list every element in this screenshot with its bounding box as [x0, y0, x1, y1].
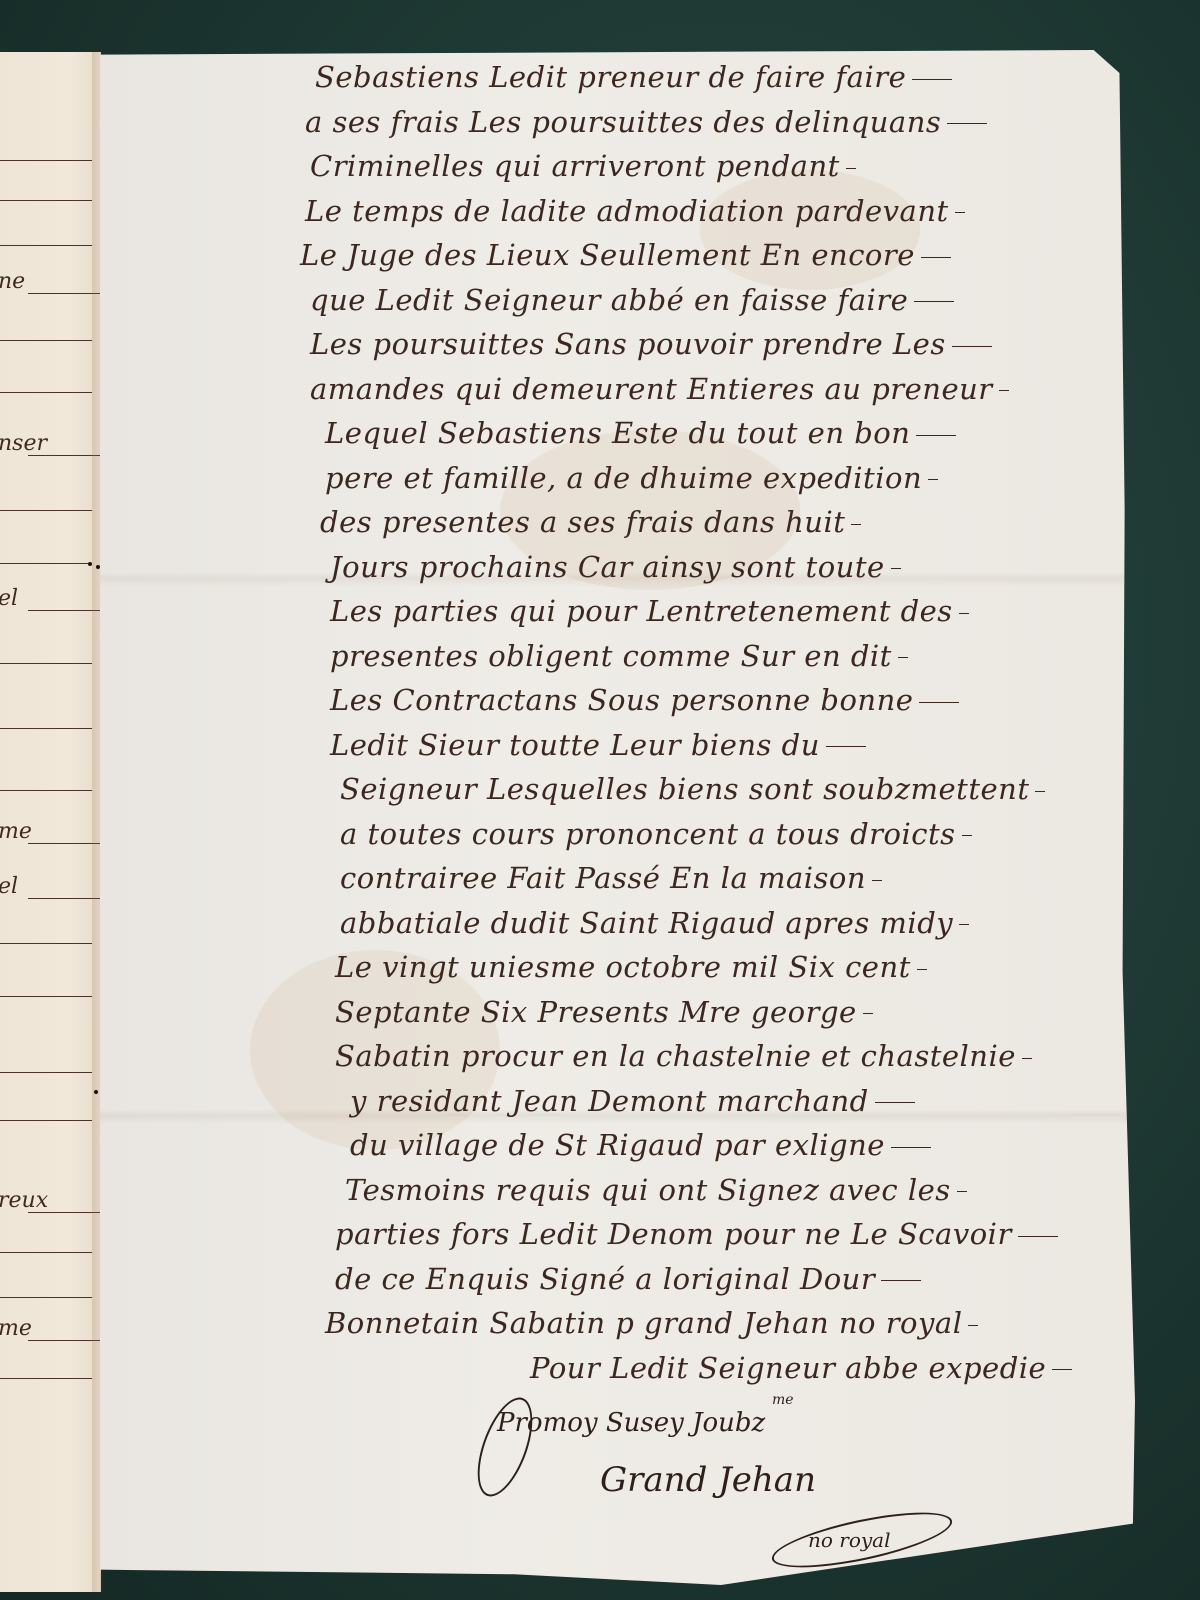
left-page-line — [0, 563, 92, 564]
line-filler-stroke — [957, 1191, 967, 1192]
left-page-line — [0, 996, 92, 997]
left-page-fragment-text: nser — [0, 431, 47, 456]
manuscript-line: Sebastiens Ledit preneur de faire faire — [315, 60, 952, 106]
line-filler-stroke — [1022, 1058, 1032, 1059]
manuscript-line: amandes qui demeurent Entieres au preneu… — [310, 372, 1009, 418]
line-filler-stroke — [891, 568, 901, 569]
manuscript-line-text: Criminelles qui arriveront pendant — [310, 149, 840, 183]
manuscript-line-text: Jours prochains Car ainsy sont toute — [330, 550, 885, 584]
left-page-fragment-text: me — [0, 819, 32, 844]
line-filler-stroke — [959, 613, 969, 614]
manuscript-line-text: presentes obligent comme Sur en dit — [330, 639, 892, 673]
left-page-line — [0, 392, 92, 393]
left-page-line — [0, 200, 92, 201]
manuscript-line-text: abbatiale dudit Saint Rigaud apres midy — [340, 906, 953, 940]
manuscript-line: des presentes a ses frais dans huit — [320, 505, 861, 551]
left-page-line — [0, 245, 92, 246]
left-page-line — [0, 340, 92, 341]
left-page-line — [0, 1297, 92, 1298]
line-filler-stroke — [875, 1102, 915, 1103]
manuscript-line-text: Les poursuittes Sans pouvoir prendre Les — [310, 327, 946, 361]
line-filler-stroke — [912, 79, 952, 80]
line-filler-stroke — [999, 390, 1009, 391]
left-page-fragment-text: el — [0, 586, 18, 611]
left-page-line — [28, 898, 100, 899]
line-filler-stroke — [914, 301, 954, 302]
line-filler-stroke — [947, 123, 987, 124]
left-page-line — [0, 663, 92, 664]
line-filler-stroke — [968, 1325, 978, 1326]
line-filler-stroke — [851, 524, 861, 525]
line-filler-stroke — [863, 1013, 873, 1014]
line-filler-stroke — [1018, 1236, 1058, 1237]
manuscript-line: Les poursuittes Sans pouvoir prendre Les — [310, 327, 992, 373]
manuscript-line: y residant Jean Demont marchand — [350, 1084, 915, 1130]
manuscript-line-text: Septante Six Presents Mre george — [335, 995, 857, 1029]
left-page-line — [28, 1340, 100, 1341]
manuscript-line: Septante Six Presents Mre george — [335, 995, 873, 1041]
line-filler-stroke — [846, 168, 856, 169]
manuscript-line-text: Pour Ledit Seigneur abbe expedie — [530, 1351, 1046, 1385]
manuscript-line-text: Les parties qui pour Lentretenement des — [330, 594, 953, 628]
manuscript-line: abbatiale dudit Saint Rigaud apres midy — [340, 906, 969, 952]
manuscript-line: presentes obligent comme Sur en dit — [330, 639, 908, 685]
manuscript-line-text: des presentes a ses frais dans huit — [320, 505, 845, 539]
left-page-fragment-text: ne — [0, 269, 25, 294]
left-page-line — [0, 160, 92, 161]
manuscript-line-text: amandes qui demeurent Entieres au preneu… — [310, 372, 993, 406]
line-filler-stroke — [891, 1147, 931, 1148]
manuscript-line: parties fors Ledit Denom pour ne Le Scav… — [335, 1217, 1058, 1263]
manuscript-line-text: pere et famille, a de dhuime expedition — [325, 461, 922, 495]
manuscript-line: Le Juge des Lieux Seullement En encore — [300, 238, 951, 284]
line-filler-stroke — [959, 924, 969, 925]
left-page-fragment: nenserelmeelreuxme — [0, 52, 101, 1592]
manuscript-line: que Ledit Seigneur abbé en faisse faire — [310, 283, 954, 329]
line-filler-stroke — [872, 880, 882, 881]
manuscript-line-text: a toutes cours prononcent a tous droicts — [340, 817, 956, 851]
manuscript-line-text: a ses frais Les poursuittes des delinqua… — [305, 105, 941, 139]
manuscript-line-text: de ce Enquis Signé a loriginal Dour — [335, 1262, 875, 1296]
line-filler-stroke — [826, 746, 866, 747]
manuscript-line-text: Tesmoins requis qui ont Signez avec les — [345, 1173, 951, 1207]
manuscript-line-text: Bonnetain Sabatin p grand Jehan no royal — [325, 1306, 962, 1340]
manuscript-line-text: Ledit Sieur toutte Leur biens du — [330, 728, 820, 762]
manuscript-line-text: Sebastiens Ledit preneur de faire faire — [315, 60, 906, 94]
manuscript-line: Le temps de ladite admodiation pardevant — [305, 194, 965, 240]
manuscript-line: de ce Enquis Signé a loriginal Dour — [335, 1262, 921, 1308]
left-page-line — [28, 843, 100, 844]
left-page-line — [0, 1252, 92, 1253]
manuscript-line: Bonnetain Sabatin p grand Jehan no royal — [325, 1306, 978, 1352]
left-page-line — [0, 1378, 92, 1379]
manuscript-line: du village de St Rigaud par exligne — [350, 1128, 931, 1174]
line-filler-stroke — [952, 346, 992, 347]
manuscript-line-text: Le Juge des Lieux Seullement En encore — [300, 238, 915, 272]
left-page-line — [28, 610, 100, 611]
manuscript-line: contrairee Fait Passé En la maison — [340, 861, 882, 907]
line-filler-stroke — [917, 969, 927, 970]
left-page-fragment-text: el — [0, 874, 18, 899]
line-filler-stroke — [928, 479, 938, 480]
manuscript-line: Lequel Sebastiens Este du tout en bon — [325, 416, 956, 462]
line-filler-stroke — [916, 435, 956, 436]
line-filler-stroke — [921, 257, 951, 258]
left-page-fragment-text: me — [0, 1316, 32, 1341]
left-page-line — [0, 1072, 92, 1073]
manuscript-line: Les Contractans Sous personne bonne — [330, 683, 959, 729]
manuscript-line-text: Le temps de ladite admodiation pardevant — [305, 194, 949, 228]
manuscript-line-text: que Ledit Seigneur abbé en faisse faire — [310, 283, 908, 317]
line-filler-stroke — [1035, 791, 1045, 792]
left-page-line — [0, 1120, 92, 1121]
manuscript-line: Ledit Sieur toutte Leur biens du — [330, 728, 866, 774]
left-page-line — [28, 293, 100, 294]
manuscript-line: Jours prochains Car ainsy sont toute — [330, 550, 901, 596]
manuscript-line-text: Seigneur Lesquelles biens sont soubzmett… — [340, 772, 1029, 806]
left-page-fragment-text: reux — [0, 1188, 48, 1213]
manuscript-line-text: contrairee Fait Passé En la maison — [340, 861, 866, 895]
manuscript-line: a ses frais Les poursuittes des delinqua… — [305, 105, 987, 151]
line-filler-stroke — [962, 835, 972, 836]
manuscript-line-text: Le vingt uniesme octobre mil Six cent — [335, 950, 911, 984]
line-filler-stroke — [898, 657, 908, 658]
manuscript-line: a toutes cours prononcent a tous droicts — [340, 817, 972, 863]
manuscript-line: Tesmoins requis qui ont Signez avec les — [345, 1173, 967, 1219]
manuscript-line-text: Sabatin procur en la chastelnie et chast… — [335, 1039, 1016, 1073]
manuscript-line-text: parties fors Ledit Denom pour ne Le Scav… — [335, 1217, 1012, 1251]
manuscript-line: Les parties qui pour Lentretenement des — [330, 594, 969, 640]
manuscript-line: Sabatin procur en la chastelnie et chast… — [335, 1039, 1032, 1085]
left-page-line — [0, 943, 92, 944]
line-filler-stroke — [881, 1280, 921, 1281]
manuscript-line-text: Lequel Sebastiens Este du tout en bon — [325, 416, 910, 450]
line-filler-stroke — [919, 702, 959, 703]
manuscript-line: Pour Ledit Seigneur abbe expedie — [530, 1351, 1072, 1397]
manuscript-line: pere et famille, a de dhuime expedition — [325, 461, 938, 507]
manuscript-line-text: Les Contractans Sous personne bonne — [330, 683, 913, 717]
manuscript-line: Seigneur Lesquelles biens sont soubzmett… — [340, 772, 1045, 818]
line-filler-stroke — [1052, 1369, 1072, 1370]
line-filler-stroke — [955, 212, 965, 213]
manuscript-line: Criminelles qui arriveront pendant — [310, 149, 856, 195]
manuscript-line-text: y residant Jean Demont marchand — [350, 1084, 869, 1118]
manuscript-line: Le vingt uniesme octobre mil Six cent — [335, 950, 927, 996]
left-page-line — [0, 510, 92, 511]
left-page-line — [0, 790, 92, 791]
left-page-line — [0, 728, 92, 729]
manuscript-line-text: du village de St Rigaud par exligne — [350, 1128, 885, 1162]
